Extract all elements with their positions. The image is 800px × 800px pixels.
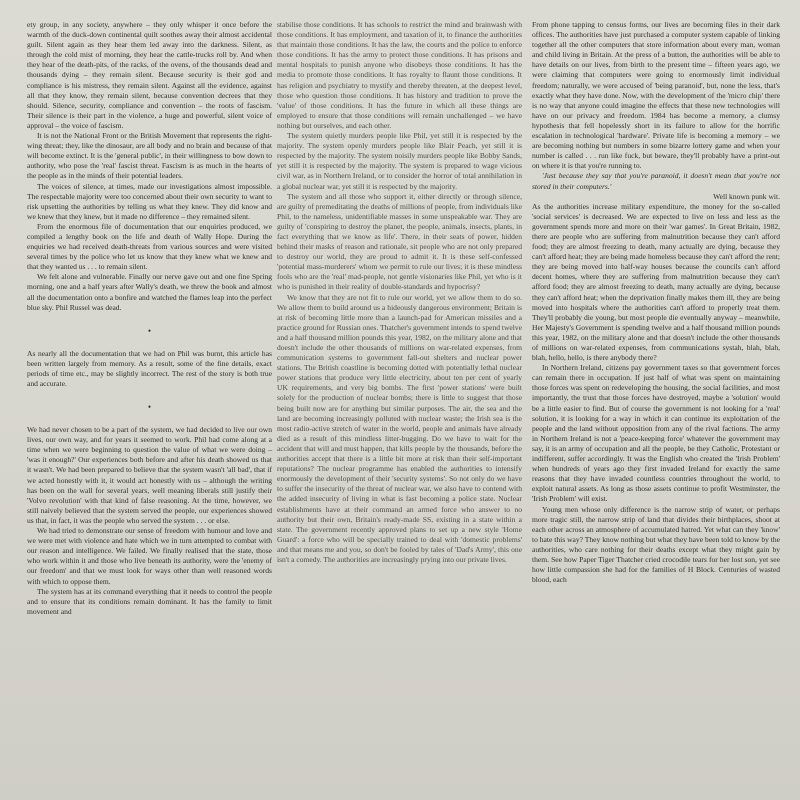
section-separator: • xyxy=(27,326,272,336)
paragraph: Young men whose only difference is the n… xyxy=(532,505,780,586)
paragraph: In Northern Ireland, citizens pay govern… xyxy=(532,363,780,504)
paragraph: From the enormous file of documentation … xyxy=(27,222,272,272)
paragraph: It is not the National Front or the Brit… xyxy=(27,131,272,181)
left-column: ety group, in any society, anywhere – th… xyxy=(27,20,272,617)
middle-column: stabilise those conditions. It has schoo… xyxy=(277,20,522,565)
paragraph: The system has at its command everything… xyxy=(27,587,272,617)
paragraph: The voices of silence, at times, made ou… xyxy=(27,182,272,222)
paragraph: We had never chosen to be a part of the … xyxy=(27,425,272,526)
paragraph: ety group, in any society, anywhere – th… xyxy=(27,20,272,131)
section-separator: • xyxy=(27,402,272,412)
printed-page: ety group, in any society, anywhere – th… xyxy=(0,0,800,800)
paragraph: We had tried to demonstrate our sense of… xyxy=(27,526,272,587)
paragraph: We felt alone and vulnerable. Finally ou… xyxy=(27,272,272,312)
pull-quote: 'Just because they say that you're paran… xyxy=(532,171,780,191)
paragraph: We know that they are not fit to rule ou… xyxy=(277,293,522,566)
author-note: As nearly all the documentation that we … xyxy=(27,349,272,389)
paragraph: As the authorities increase military exp… xyxy=(532,202,780,364)
paragraph: The system and all those who support it,… xyxy=(277,192,522,293)
quote-attribution: Well known punk wit. xyxy=(532,192,780,202)
paragraph: From phone tapping to census forms, our … xyxy=(532,20,780,171)
paragraph: stabilise those conditions. It has schoo… xyxy=(277,20,522,131)
right-column: From phone tapping to census forms, our … xyxy=(532,20,780,585)
paragraph: The system quietly murders people like P… xyxy=(277,131,522,192)
